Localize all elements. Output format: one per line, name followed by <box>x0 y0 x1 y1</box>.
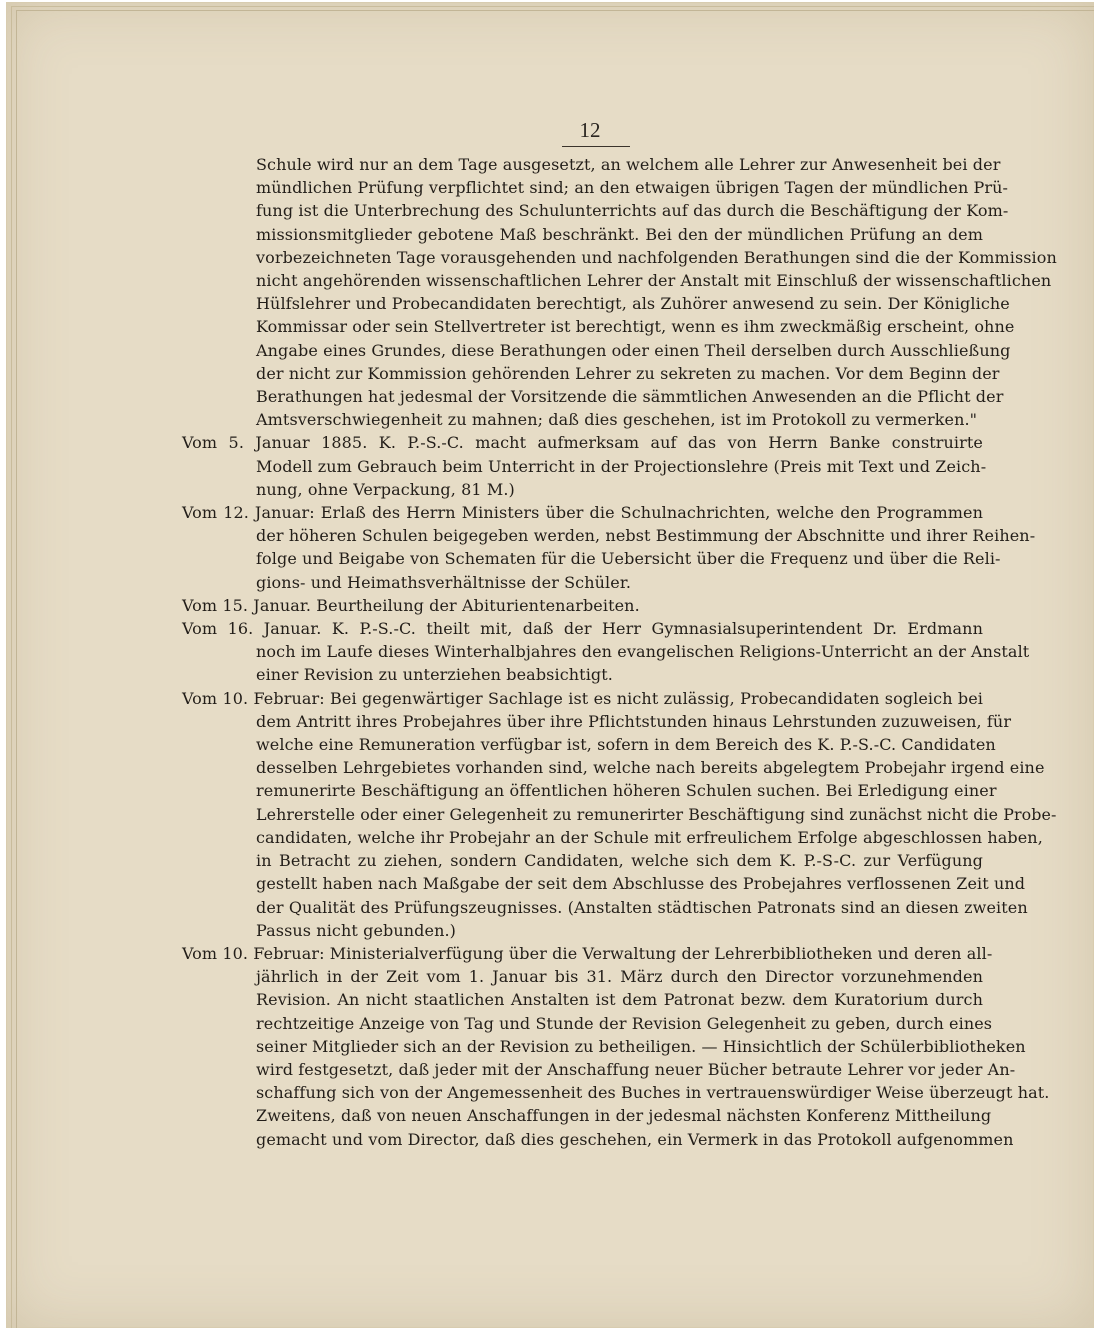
entry-first-line: Vom 10. Februar: Bei gegenwärtiger Sachl… <box>182 687 983 710</box>
entry-date: Vom 12. Januar: <box>182 503 315 522</box>
text-line: Lehrerstelle oder einer Gelegenheit zu r… <box>256 803 983 826</box>
text-line: fung ist die Unterbrechung des Schulunte… <box>256 199 983 222</box>
text-line: Berathungen hat jedesmal der Vorsitzende… <box>256 385 983 408</box>
entry-text: K. P.-S.-C. theilt mit, daß der Herr Gym… <box>332 619 983 638</box>
entry-text: K. P.-S.-C. macht aufmerksam auf das von… <box>379 433 983 452</box>
entry-date: Vom 5. Januar 1885. <box>182 433 367 452</box>
text-line: nung, ohne Verpackung, 81 M.) <box>256 478 983 501</box>
text-line: welche eine Remuneration verfügbar ist, … <box>256 733 983 756</box>
text-line: wird festgesetzt, daß jeder mit der Ansc… <box>256 1058 983 1081</box>
text-line: gestellt haben nach Maßgabe der seit dem… <box>256 872 983 895</box>
text-line: Passus nicht gebunden.) <box>256 919 983 942</box>
text-line: gemacht und vom Director, daß dies gesch… <box>256 1128 983 1151</box>
text-line: vorbezeichneten Tage vorausgehenden und … <box>256 246 983 269</box>
text-line: nicht angehörenden wissenschaftlichen Le… <box>256 269 983 292</box>
dated-entry: Vom 16. Januar. K. P.-S.-C. theilt mit, … <box>182 617 983 687</box>
entry-first-line: Vom 10. Februar: Ministerialverfügung üb… <box>182 942 983 965</box>
entry-text: Ministerialverfügung über die Verwaltung… <box>330 944 993 963</box>
text-line: Hülfslehrer und Probecandidaten berechti… <box>256 292 983 315</box>
entry-list: Vom 5. Januar 1885. K. P.-S.-C. macht au… <box>182 431 983 1150</box>
text-line: der Qualität des Prüfungszeugnisses. (An… <box>256 896 983 919</box>
entry-date: Vom 16. Januar. <box>182 619 321 638</box>
entry-first-line: Vom 15. Januar. Beurtheilung der Abituri… <box>182 594 983 617</box>
entry-text: Beurtheilung der Abiturientenarbeiten. <box>316 596 640 615</box>
text-line: gions- und Heimathsverhältnisse der Schü… <box>256 571 983 594</box>
text-line: Modell zum Gebrauch beim Unterricht in d… <box>256 455 983 478</box>
text-line: in Betracht zu ziehen, sondern Candidate… <box>256 849 983 872</box>
entry-first-line: Vom 16. Januar. K. P.-S.-C. theilt mit, … <box>182 617 983 640</box>
text-line: folge und Beigabe von Schematen für die … <box>256 547 983 570</box>
text-line: remunerirte Beschäftigung an öffentliche… <box>256 779 983 802</box>
text-line: Amtsverschwiegenheit zu mahnen; daß dies… <box>256 408 983 431</box>
text-line: der höheren Schulen beigegeben werden, n… <box>256 524 983 547</box>
dated-entry: Vom 5. Januar 1885. K. P.-S.-C. macht au… <box>182 431 983 501</box>
entry-date: Vom 10. Februar: <box>182 689 325 708</box>
text-line: dem Antritt ihres Probejahres über ihre … <box>256 710 983 733</box>
text-line: Angabe eines Grundes, diese Berathungen … <box>256 339 983 362</box>
page-number-rule <box>562 146 630 147</box>
entry-date: Vom 10. Februar: <box>182 944 325 963</box>
text-line: seiner Mitglieder sich an der Revision z… <box>256 1035 983 1058</box>
entry-first-line: Vom 5. Januar 1885. K. P.-S.-C. macht au… <box>182 431 983 454</box>
text-line: noch im Laufe dieses Winterhalbjahres de… <box>256 640 983 663</box>
text-line: einer Revision zu unterziehen beabsichti… <box>256 663 983 686</box>
dated-entry: Vom 12. Januar: Erlaß des Herrn Minister… <box>182 501 983 594</box>
text-line: Schule wird nur an dem Tage ausgesetzt, … <box>256 153 983 176</box>
entry-text: Bei gegenwärtiger Sachlage ist es nicht … <box>330 689 983 708</box>
dated-entry: Vom 10. Februar: Ministerialverfügung üb… <box>182 942 983 1151</box>
text-line: schaffung sich von der Angemessenheit de… <box>256 1081 983 1104</box>
text-line: rechtzeitige Anzeige von Tag und Stunde … <box>256 1012 983 1035</box>
dated-entry: Vom 10. Februar: Bei gegenwärtiger Sachl… <box>182 687 983 942</box>
text-line: jährlich in der Zeit vom 1. Januar bis 3… <box>256 965 983 988</box>
document-body: Schule wird nur an dem Tage ausgesetzt, … <box>182 153 983 1151</box>
continued-paragraph: Schule wird nur an dem Tage ausgesetzt, … <box>182 153 983 431</box>
text-line: Kommissar oder sein Stellvertreter ist b… <box>256 315 983 338</box>
text-line: desselben Lehrgebietes vorhanden sind, w… <box>256 756 983 779</box>
text-line: candidaten, welche ihr Probejahr an der … <box>256 826 983 849</box>
text-line: Revision. An nicht staatlichen Anstalten… <box>256 988 983 1011</box>
entry-date: Vom 15. Januar. <box>182 596 311 615</box>
text-line: Zweitens, daß von neuen Anschaffungen in… <box>256 1104 983 1127</box>
entry-first-line: Vom 12. Januar: Erlaß des Herrn Minister… <box>182 501 983 524</box>
dated-entry: Vom 15. Januar. Beurtheilung der Abituri… <box>182 594 983 617</box>
entry-text: Erlaß des Herrn Ministers über die Schul… <box>321 503 983 522</box>
page-number: 12 <box>560 118 620 143</box>
text-line: mündlichen Prüfung verpflichtet sind; an… <box>256 176 983 199</box>
text-line: der nicht zur Kommission gehörenden Lehr… <box>256 362 983 385</box>
text-line: missionsmitglieder gebotene Maß beschrän… <box>256 223 983 246</box>
